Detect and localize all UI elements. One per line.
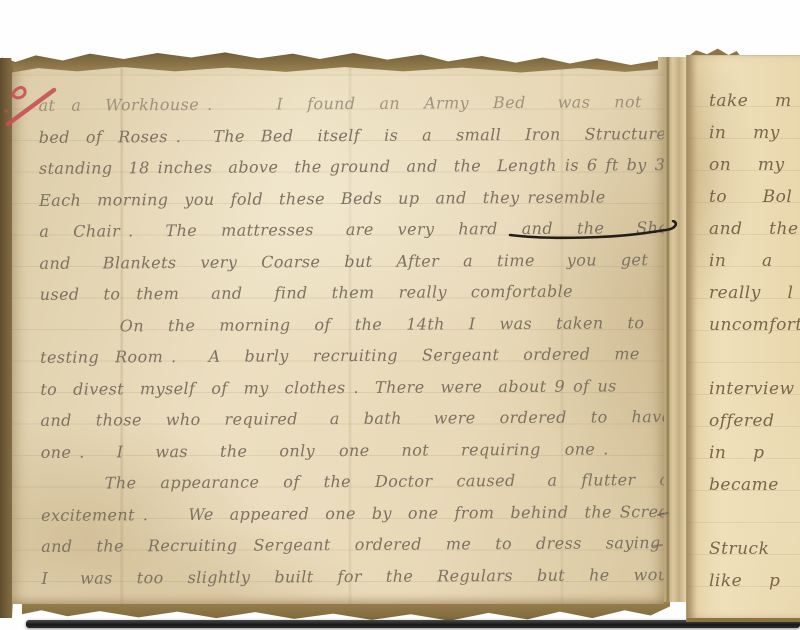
- handwriting-line: really l: [709, 277, 800, 309]
- handwriting-line: uncomfort: [709, 309, 800, 341]
- right-page-text: take min myon myto Boland thein areally …: [709, 85, 800, 597]
- handwriting-line: bed of Roses . The Bed itself is a small…: [39, 118, 659, 153]
- handwriting-line: testing Room . A burly recruiting Sergea…: [40, 338, 660, 373]
- handwriting-line: I was too slightly built for the Regular…: [41, 559, 661, 594]
- handwriting-line: [709, 501, 800, 533]
- handwriting-line: Struck: [709, 533, 800, 565]
- handwriting-line: in my: [709, 117, 800, 149]
- handwriting-line: standing 18 inches above the ground and …: [39, 149, 659, 184]
- left-page-text: at a Workhouse . I found an Army Bed was…: [38, 86, 661, 594]
- handwriting-line: take m: [709, 85, 800, 117]
- handwriting-line: one . I was the only one not requiring o…: [41, 433, 661, 468]
- handwriting-line: On the morning of the 14th I was taken t…: [40, 307, 660, 342]
- handwriting-line: Each morning you fold these Beds up and …: [39, 181, 659, 216]
- handwriting-line: in p: [709, 437, 800, 469]
- handwriting-line: and Blankets very Coarse but After a tim…: [39, 244, 659, 279]
- handwriting-line: in a: [709, 245, 800, 277]
- handwriting-line: and the Recruiting Sergeant ordered me t…: [41, 527, 661, 562]
- handwriting-line: on my: [709, 149, 800, 181]
- handwriting-line: became: [709, 469, 800, 501]
- handwriting-line: interview: [709, 373, 800, 405]
- scanned-diary-page: at a Workhouse . I found an Army Bed was…: [0, 0, 800, 630]
- diary-right-page: take min myon myto Boland thein areally …: [686, 55, 800, 622]
- handwriting-line: used to them and find them really comfor…: [40, 275, 660, 310]
- handwriting-line: and the: [709, 213, 800, 245]
- diary-left-page: at a Workhouse . I found an Army Bed was…: [12, 66, 664, 604]
- handwriting-line: a Chair . The mattresses are very hard a…: [39, 212, 659, 247]
- handwriting-line: like p: [709, 565, 800, 597]
- handwriting-line: excitement . We appeared one by one from…: [41, 496, 661, 531]
- handwriting-line: offered: [709, 405, 800, 437]
- scan-shadow-edge: [26, 620, 800, 628]
- handwriting-line: and those who required a bath were order…: [40, 401, 660, 436]
- handwriting-line: to Bol: [709, 181, 800, 213]
- handwriting-line: to divest myself of my clothes . There w…: [40, 370, 660, 405]
- handwriting-line: [709, 341, 800, 373]
- handwriting-line: The appearance of the Doctor caused a fl…: [41, 464, 661, 499]
- handwriting-line: at a Workhouse . I found an Army Bed was…: [38, 86, 658, 121]
